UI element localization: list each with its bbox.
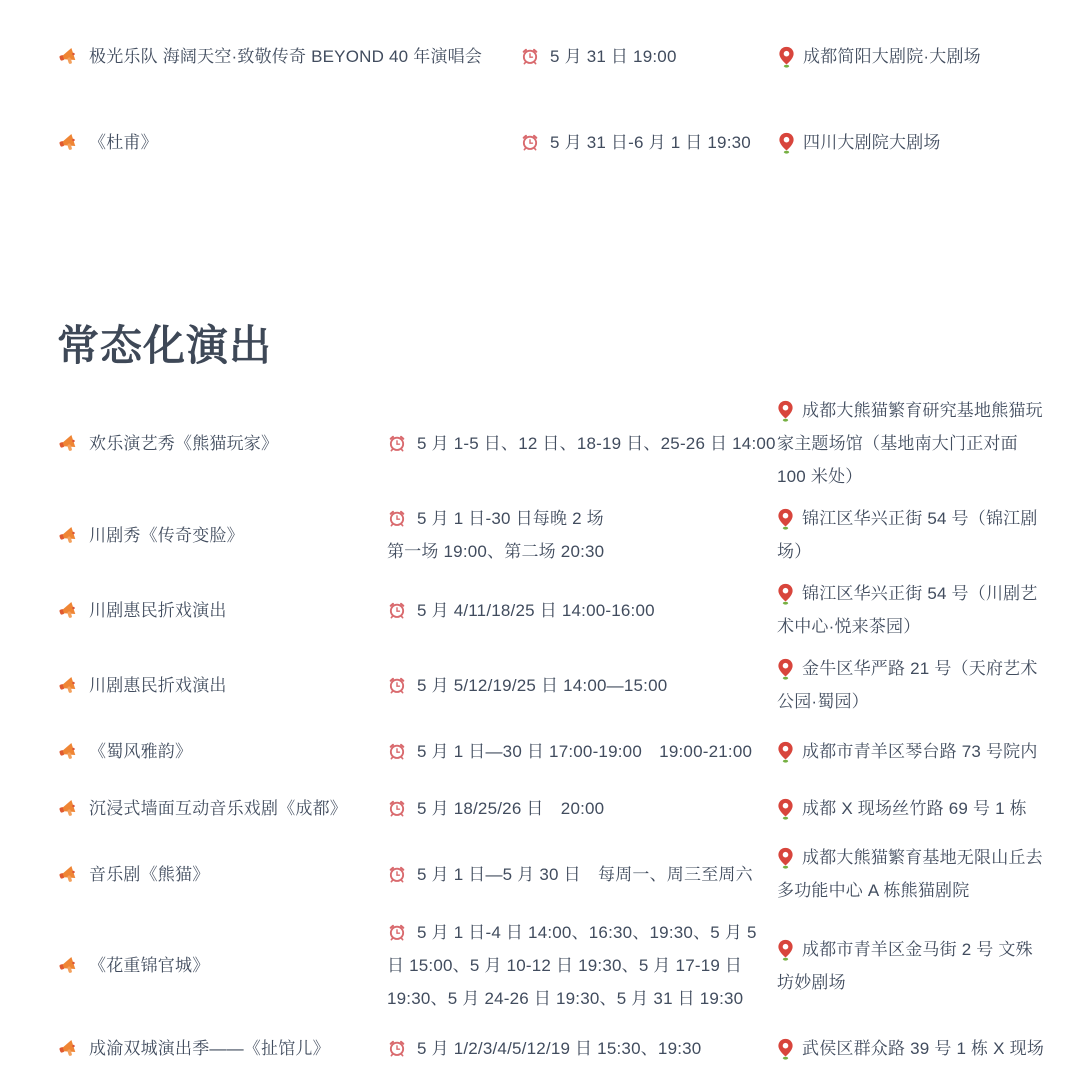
event-name: 《蜀风雅韵》 bbox=[89, 742, 192, 761]
event-location: 成都市青羊区琴台路 73 号院内 bbox=[802, 742, 1038, 761]
event-name: 川剧秀《传奇变脸》 bbox=[89, 526, 244, 545]
alarm-clock-icon bbox=[387, 508, 407, 528]
alarm-clock-icon bbox=[387, 1038, 407, 1058]
event-name: 《杜甫》 bbox=[89, 133, 158, 152]
alarm-clock-icon bbox=[387, 741, 407, 761]
megaphone-icon bbox=[57, 864, 78, 885]
event-name: 《花重锦官城》 bbox=[89, 956, 209, 975]
event-time-cell: 5 月 1 日-4 日 14:00、16:30、19:30、5 月 5 日 15… bbox=[387, 916, 777, 1015]
location-pin-icon bbox=[778, 46, 795, 68]
event-location-cell: 金牛区华严路 21 号（天府艺术公园·蜀园） bbox=[777, 652, 1045, 718]
event-name-cell: 川剧惠民折戏演出 bbox=[57, 669, 387, 702]
event-time-cell: 5 月 31 日 19:00 bbox=[520, 40, 778, 73]
alarm-clock-icon bbox=[387, 675, 407, 695]
event-location-cell: 成都市青羊区琴台路 73 号院内 bbox=[777, 735, 1045, 768]
event-location-cell: 成都大熊猫繁育研究基地熊猫玩家主题场馆（基地南大门正对面 100 米处） bbox=[777, 394, 1045, 493]
event-time-cell: 5 月 1 日-30 日每晚 2 场 第一场 19:00、第二场 20:30 bbox=[387, 502, 777, 568]
event-name: 川剧惠民折戏演出 bbox=[89, 676, 227, 695]
event-name-cell: 欢乐演艺秀《熊猫玩家》 bbox=[57, 427, 387, 460]
event-time: 5 月 1-5 日、12 日、18-19 日、25-26 日 14:00 bbox=[417, 434, 776, 453]
event-row: 《蜀风雅韵》 5 月 1 日—30 日 17:00-19:00 19:00-21… bbox=[57, 727, 1045, 775]
alarm-clock-icon bbox=[387, 864, 407, 884]
event-row: 音乐剧《熊猫》 5 月 1 日—5 月 30 日 每周一、周三至周六 成都大熊猫… bbox=[57, 841, 1045, 907]
location-pin-icon bbox=[777, 798, 794, 820]
event-time-cell: 5 月 1-5 日、12 日、18-19 日、25-26 日 14:00 bbox=[387, 427, 777, 460]
event-location: 成都大熊猫繁育基地无限山丘去多功能中心 A 栋熊猫剧院 bbox=[777, 848, 1043, 900]
event-name: 沉浸式墙面互动音乐戏剧《成都》 bbox=[89, 799, 347, 818]
megaphone-icon bbox=[57, 741, 78, 762]
event-row: 成渝双城演出季——《扯馆儿》 5 月 1/2/3/4/5/12/19 日 15:… bbox=[57, 1024, 1045, 1072]
event-row: 《花重锦官城》 5 月 1 日-4 日 14:00、16:30、19:30、5 … bbox=[57, 916, 1045, 1015]
event-time-cell: 5 月 4/11/18/25 日 14:00-16:00 bbox=[387, 594, 777, 627]
megaphone-icon bbox=[57, 1038, 78, 1059]
event-row: 《杜甫》 5 月 31 日-6 月 1 日 19:30 四川大剧院大剧场 bbox=[57, 122, 1045, 162]
event-time-cell: 5 月 1/2/3/4/5/12/19 日 15:30、19:30 bbox=[387, 1032, 777, 1065]
event-time: 5 月 1 日-30 日每晚 2 场 第一场 19:00、第二场 20:30 bbox=[387, 509, 604, 561]
event-time: 5 月 31 日-6 月 1 日 19:30 bbox=[550, 133, 751, 152]
event-location-cell: 锦江区华兴正街 54 号（川剧艺术中心·悦来茶园） bbox=[777, 577, 1045, 643]
megaphone-icon bbox=[57, 955, 78, 976]
event-location: 成都大熊猫繁育研究基地熊猫玩家主题场馆（基地南大门正对面 100 米处） bbox=[777, 401, 1043, 486]
megaphone-icon bbox=[57, 798, 78, 819]
megaphone-icon bbox=[57, 132, 78, 153]
event-name-cell: 《蜀风雅韵》 bbox=[57, 735, 387, 768]
event-location: 四川大剧院大剧场 bbox=[803, 133, 941, 152]
event-location-cell: 成都市青羊区金马街 2 号 文殊坊妙剧场 bbox=[777, 933, 1045, 999]
event-location: 金牛区华严路 21 号（天府艺术公园·蜀园） bbox=[777, 659, 1038, 711]
event-name-cell: 极光乐队 海阔天空·致敬传奇 BEYOND 40 年演唱会 bbox=[57, 40, 520, 73]
alarm-clock-icon bbox=[387, 433, 407, 453]
location-pin-icon bbox=[777, 658, 794, 680]
event-listing-page: 极光乐队 海阔天空·致敬传奇 BEYOND 40 年演唱会 5 月 31 日 1… bbox=[0, 0, 1080, 1072]
event-name-cell: 《花重锦官城》 bbox=[57, 949, 387, 982]
event-name-cell: 音乐剧《熊猫》 bbox=[57, 858, 387, 891]
location-pin-icon bbox=[778, 132, 795, 154]
event-name-cell: 川剧秀《传奇变脸》 bbox=[57, 519, 387, 552]
event-time-cell: 5 月 5/12/19/25 日 14:00—15:00 bbox=[387, 669, 777, 702]
event-location-cell: 锦江区华兴正街 54 号（锦江剧场） bbox=[777, 502, 1045, 568]
megaphone-icon bbox=[57, 600, 78, 621]
event-name: 音乐剧《熊猫》 bbox=[89, 865, 209, 884]
megaphone-icon bbox=[57, 433, 78, 454]
event-time: 5 月 1 日—30 日 17:00-19:00 19:00-21:00 bbox=[417, 742, 752, 761]
event-location-cell: 成都 X 现场丝竹路 69 号 1 栋 bbox=[777, 792, 1045, 825]
alarm-clock-icon bbox=[387, 600, 407, 620]
event-time: 5 月 1/2/3/4/5/12/19 日 15:30、19:30 bbox=[417, 1039, 701, 1058]
location-pin-icon bbox=[777, 508, 794, 530]
event-row: 川剧秀《传奇变脸》 5 月 1 日-30 日每晚 2 场 第一场 19:00、第… bbox=[57, 502, 1045, 568]
event-time: 5 月 5/12/19/25 日 14:00—15:00 bbox=[417, 676, 667, 695]
event-time: 5 月 1 日—5 月 30 日 每周一、周三至周六 bbox=[417, 865, 753, 884]
event-row: 沉浸式墙面互动音乐戏剧《成都》 5 月 18/25/26 日 20:00 成都 … bbox=[57, 784, 1045, 832]
location-pin-icon bbox=[777, 1038, 794, 1060]
event-time-cell: 5 月 1 日—30 日 17:00-19:00 19:00-21:00 bbox=[387, 735, 777, 768]
event-location-cell: 四川大剧院大剧场 bbox=[778, 126, 1045, 159]
event-location: 武侯区群众路 39 号 1 栋 X 现场 bbox=[802, 1039, 1044, 1058]
location-pin-icon bbox=[777, 847, 794, 869]
event-name-cell: 成渝双城演出季——《扯馆儿》 bbox=[57, 1032, 387, 1065]
event-name-cell: 沉浸式墙面互动音乐戏剧《成都》 bbox=[57, 792, 387, 825]
megaphone-icon bbox=[57, 525, 78, 546]
dated-events-list: 极光乐队 海阔天空·致敬传奇 BEYOND 40 年演唱会 5 月 31 日 1… bbox=[57, 36, 1045, 162]
event-location: 锦江区华兴正街 54 号（锦江剧场） bbox=[777, 509, 1038, 561]
event-name: 欢乐演艺秀《熊猫玩家》 bbox=[89, 434, 278, 453]
event-location-cell: 成都简阳大剧院·大剧场 bbox=[778, 40, 1045, 73]
section-title: 常态化演出 bbox=[57, 320, 1045, 372]
regular-events-list: 欢乐演艺秀《熊猫玩家》 5 月 1-5 日、12 日、18-19 日、25-26… bbox=[57, 394, 1045, 1072]
event-time: 5 月 1 日-4 日 14:00、16:30、19:30、5 月 5 日 15… bbox=[387, 923, 757, 1008]
event-time: 5 月 31 日 19:00 bbox=[550, 47, 677, 66]
event-time: 5 月 18/25/26 日 20:00 bbox=[417, 799, 604, 818]
event-location: 锦江区华兴正街 54 号（川剧艺术中心·悦来茶园） bbox=[777, 584, 1038, 636]
event-name: 极光乐队 海阔天空·致敬传奇 BEYOND 40 年演唱会 bbox=[89, 47, 482, 66]
megaphone-icon bbox=[57, 675, 78, 696]
event-name: 成渝双城演出季——《扯馆儿》 bbox=[89, 1039, 330, 1058]
location-pin-icon bbox=[777, 939, 794, 961]
event-location-cell: 成都大熊猫繁育基地无限山丘去多功能中心 A 栋熊猫剧院 bbox=[777, 841, 1045, 907]
alarm-clock-icon bbox=[387, 798, 407, 818]
event-location: 成都简阳大剧院·大剧场 bbox=[803, 47, 981, 66]
alarm-clock-icon bbox=[387, 922, 407, 942]
event-name-cell: 川剧惠民折戏演出 bbox=[57, 594, 387, 627]
megaphone-icon bbox=[57, 46, 78, 67]
alarm-clock-icon bbox=[520, 46, 540, 66]
event-name-cell: 《杜甫》 bbox=[57, 126, 520, 159]
event-row: 欢乐演艺秀《熊猫玩家》 5 月 1-5 日、12 日、18-19 日、25-26… bbox=[57, 394, 1045, 493]
event-location-cell: 武侯区群众路 39 号 1 栋 X 现场 bbox=[777, 1032, 1045, 1065]
event-time-cell: 5 月 18/25/26 日 20:00 bbox=[387, 792, 777, 825]
event-row: 极光乐队 海阔天空·致敬传奇 BEYOND 40 年演唱会 5 月 31 日 1… bbox=[57, 36, 1045, 76]
event-time-cell: 5 月 31 日-6 月 1 日 19:30 bbox=[520, 126, 778, 159]
location-pin-icon bbox=[777, 583, 794, 605]
event-location: 成都 X 现场丝竹路 69 号 1 栋 bbox=[802, 799, 1027, 818]
event-time: 5 月 4/11/18/25 日 14:00-16:00 bbox=[417, 601, 655, 620]
event-row: 川剧惠民折戏演出 5 月 4/11/18/25 日 14:00-16:00 锦江… bbox=[57, 577, 1045, 643]
event-row: 川剧惠民折戏演出 5 月 5/12/19/25 日 14:00—15:00 金牛… bbox=[57, 652, 1045, 718]
alarm-clock-icon bbox=[520, 132, 540, 152]
event-location: 成都市青羊区金马街 2 号 文殊坊妙剧场 bbox=[777, 940, 1033, 992]
event-name: 川剧惠民折戏演出 bbox=[89, 601, 227, 620]
location-pin-icon bbox=[777, 400, 794, 422]
location-pin-icon bbox=[777, 741, 794, 763]
event-time-cell: 5 月 1 日—5 月 30 日 每周一、周三至周六 bbox=[387, 858, 777, 891]
